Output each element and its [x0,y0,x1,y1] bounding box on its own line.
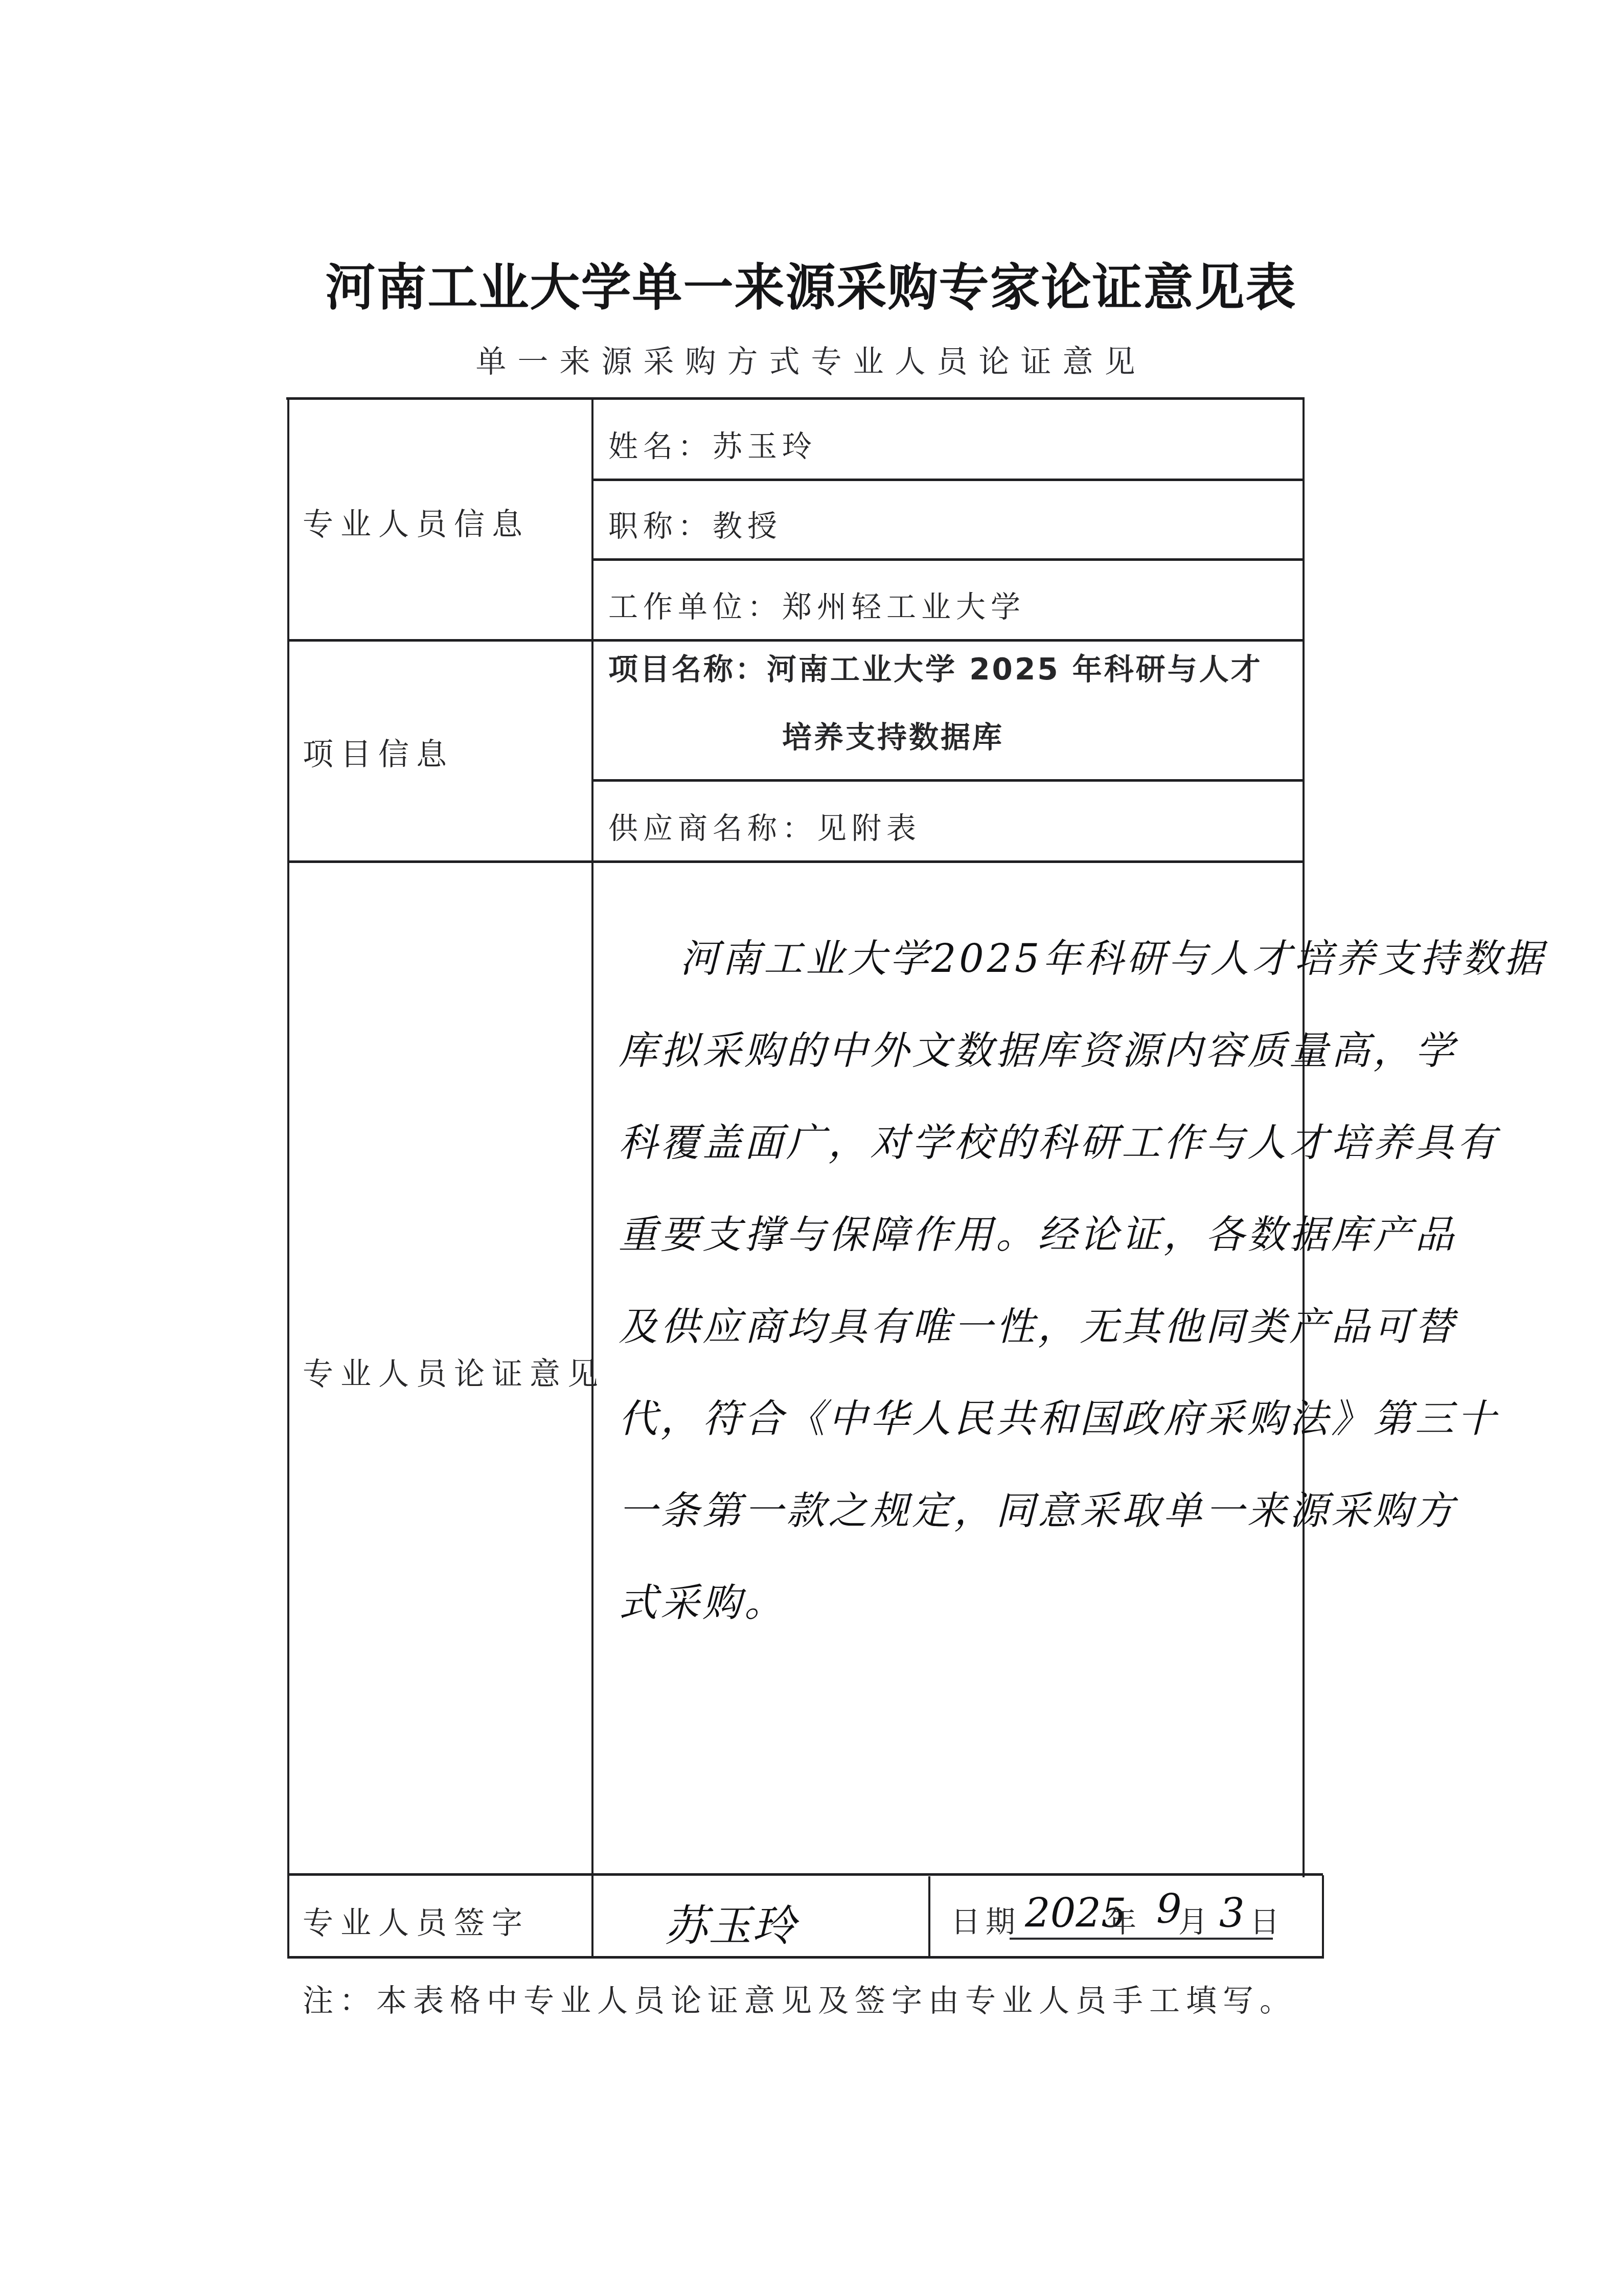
opinion-line: 河南工业大学2025年科研与人才培养支持数据 [619,920,1298,1012]
opinion-line: 库拟采购的中外文数据库资源内容质量高，学 [619,1012,1298,1104]
expert-title-field: 职称：教授 [608,502,782,545]
table-border-bottom [287,1956,1324,1959]
table-border-top [286,397,1304,400]
year-unit: 年 [1107,1898,1141,1941]
expert-employer-field: 工作单位：郑州轻工业大学 [608,583,1025,626]
supplier-field: 供应商名称：见附表 [608,804,921,847]
handwritten-signature: 苏玉玲 [665,1892,796,1953]
expert-name-field: 姓名：苏玉玲 [608,422,817,465]
date-day: 3 [1219,1891,1245,1937]
table-border-right-sig [1322,1875,1324,1958]
handwritten-opinion: 河南工业大学2025年科研与人才培养支持数据 库拟采购的中外文数据库资源内容质量… [619,920,1298,1656]
project-name-field-cont: 培养支持数据库 [782,713,1004,756]
document-title: 河南工业大学单一来源采购专家论证意见表 [0,247,1622,320]
table-border-left [287,397,289,1957]
project-info-label: 项目信息 [303,730,454,774]
section-divider [287,1873,1323,1876]
opinion-line: 一条第一款之规定，同意采取单一来源采购方 [619,1472,1298,1564]
personnel-info-label: 专业人员信息 [303,500,530,544]
date-divider [928,1876,930,1958]
document-subtitle: 单一来源采购方式专业人员论证意见 [0,337,1622,381]
row-divider [591,779,1303,782]
month-unit: 月 [1178,1898,1213,1941]
column-divider [591,397,593,1958]
section-divider [287,639,1304,642]
row-divider [591,479,1303,481]
signature-label: 专业人员签字 [303,1899,530,1943]
opinion-line: 科覆盖面广，对学校的科研工作与人才培养具有 [619,1104,1298,1196]
date-underline [1010,1938,1273,1940]
day-unit: 日 [1250,1898,1285,1941]
opinion-line: 代，符合《中华人民共和国政府采购法》第三十 [619,1380,1298,1472]
date-label: 日期 [951,1898,1020,1941]
section-divider [287,860,1304,863]
project-name-field: 项目名称：河南工业大学 2025 年科研与人才 [608,645,1263,688]
footer-note: 注：本表格中专业人员论证意见及签字由专业人员手工填写。 [303,1976,1296,2020]
row-divider [591,558,1303,561]
opinion-line: 重要支撑与保障作用。经论证，各数据库产品 [619,1196,1298,1288]
opinion-line: 式采购。 [619,1564,1298,1656]
opinion-label: 专业人员论证意见 [303,1350,605,1394]
opinion-line: 及供应商均具有唯一性，无其他同类产品可替 [619,1288,1298,1380]
